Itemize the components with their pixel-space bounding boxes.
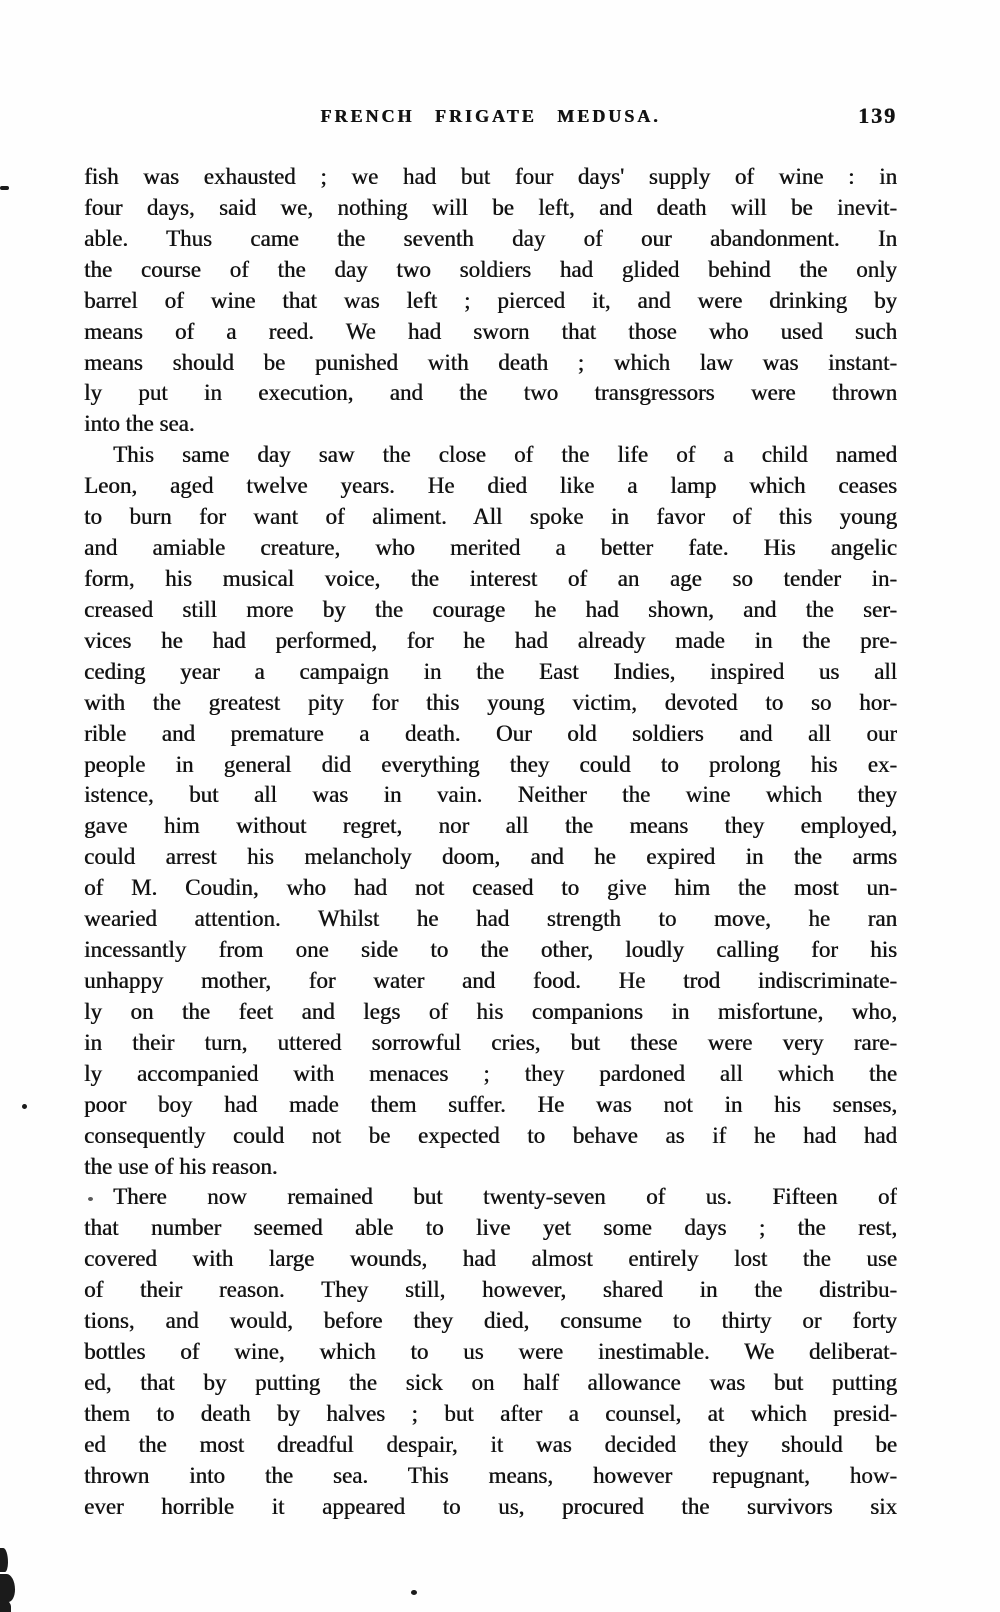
text-line: tions, and would, before they died, cons… — [84, 1306, 897, 1337]
text-line: covered with large wounds, had almost en… — [84, 1244, 897, 1275]
text-line: and amiable creature, who merited a bett… — [84, 533, 897, 564]
text-line: ly put in execution, and the two transgr… — [84, 378, 897, 409]
text-line: ceding year a campaign in the East Indie… — [84, 657, 897, 688]
text-line: the course of the day two soldiers had g… — [84, 255, 897, 286]
text-line: of M. Coudin, who had not ceased to give… — [84, 873, 897, 904]
text-line: fish was exhausted ; we had but four day… — [84, 162, 897, 193]
text-line: four days, said we, nothing will be left… — [84, 193, 897, 224]
text-line: incessantly from one side to the other, … — [84, 935, 897, 966]
text-line: form, his musical voice, the interest of… — [84, 564, 897, 595]
text-line: them to death by halves ; but after a co… — [84, 1399, 897, 1430]
corner-ink-blob-1 — [0, 1548, 8, 1572]
text-line: in their turn, uttered sorrowful cries, … — [84, 1028, 897, 1059]
bottom-center-dot-mark — [411, 1590, 417, 1595]
text-line: poor boy had made them suffer. He was no… — [84, 1090, 897, 1121]
book-page: FRENCH FRIGATE MEDUSA. 139 fish was exha… — [0, 0, 1000, 1612]
text-line: people in general did everything they co… — [84, 750, 897, 781]
text-line: vices he had performed, for he had alrea… — [84, 626, 897, 657]
text-line: There now remained but twenty-seven of u… — [84, 1182, 897, 1213]
text-line: with the greatest pity for this young vi… — [84, 688, 897, 719]
text-line: unhappy mother, for water and food. He t… — [84, 966, 897, 997]
text-line: barrel of wine that was left ; pierced i… — [84, 286, 897, 317]
text-line: ever horrible it appeared to us, procure… — [84, 1492, 897, 1523]
page-number: 139 — [858, 103, 897, 129]
margin-dash-mark — [0, 186, 9, 190]
text-line: means should be punished with death ; wh… — [84, 348, 897, 379]
text-line: that number seemed able to live yet some… — [84, 1213, 897, 1244]
text-line: rible and premature a death. Our old sol… — [84, 719, 897, 750]
text-line: This same day saw the close of the life … — [84, 440, 897, 471]
text-line: ly accompanied with menaces ; they pardo… — [84, 1059, 897, 1090]
body-text: fish was exhausted ; we had but four day… — [84, 162, 897, 1523]
text-line: could arrest his melancholy doom, and he… — [84, 842, 897, 873]
text-line: able. Thus came the seventh day of our a… — [84, 224, 897, 255]
text-line: istence, but all was in vain. Neither th… — [84, 780, 897, 811]
text-line: gave him without regret, nor all the mea… — [84, 811, 897, 842]
text-line: the use of his reason. — [84, 1152, 897, 1183]
text-line: wearied attention. Whilst he had strengt… — [84, 904, 897, 935]
text-line: ed, that by putting the sick on half all… — [84, 1368, 897, 1399]
text-line: ed the most dreadful despair, it was dec… — [84, 1430, 897, 1461]
text-line: consequently could not be expected to be… — [84, 1121, 897, 1152]
corner-ink-blob-3 — [0, 1600, 11, 1612]
paragraph-lead-dot-mark — [88, 1197, 93, 1201]
text-line: bottles of wine, which to us were inesti… — [84, 1337, 897, 1368]
text-line: Leon, aged twelve years. He died like a … — [84, 471, 897, 502]
text-line: means of a reed. We had sworn that those… — [84, 317, 897, 348]
corner-ink-blob-2 — [0, 1574, 15, 1602]
text-line: to burn for want of aliment. All spoke i… — [84, 502, 897, 533]
page-header: FRENCH FRIGATE MEDUSA. 139 — [84, 103, 897, 131]
text-line: creased still more by the courage he had… — [84, 595, 897, 626]
text-line: of their reason. They still, however, sh… — [84, 1275, 897, 1306]
text-line: thrown into the sea. This means, however… — [84, 1461, 897, 1492]
text-line: into the sea. — [84, 409, 897, 440]
text-line: ly on the feet and legs of his companion… — [84, 997, 897, 1028]
running-title: FRENCH FRIGATE MEDUSA. — [84, 106, 897, 127]
margin-dot-mark — [22, 1104, 27, 1109]
